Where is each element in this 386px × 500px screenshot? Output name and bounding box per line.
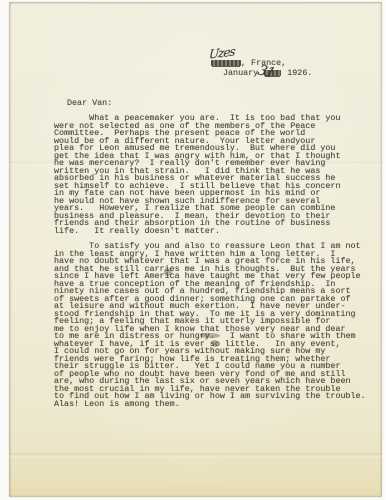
scanned-letter: Uzes , France, January 1926. 31 Dear Van… — [0, 0, 386, 500]
month-text: January — [223, 68, 263, 78]
year-text: 1926. — [282, 68, 312, 78]
paragraph-2: To satisfy you and also to reassure Leon… — [54, 243, 366, 408]
letterhead: Uzes , France, January 1926. 31 — [211, 58, 312, 78]
salutation: Dear Van: — [67, 100, 112, 108]
struck-out-city — [211, 60, 241, 66]
letterhead-place-line: , France, — [211, 58, 312, 68]
letter-paper: Uzes , France, January 1926. 31 Dear Van… — [9, 2, 382, 497]
letterhead-date-line: January 1926. — [211, 68, 312, 78]
paragraph-1: What a peacemaker you are. It is too bad… — [54, 115, 340, 235]
country-text: , France, — [241, 58, 286, 68]
fold-crease — [9, 452, 382, 458]
struck-out-day — [264, 70, 281, 76]
